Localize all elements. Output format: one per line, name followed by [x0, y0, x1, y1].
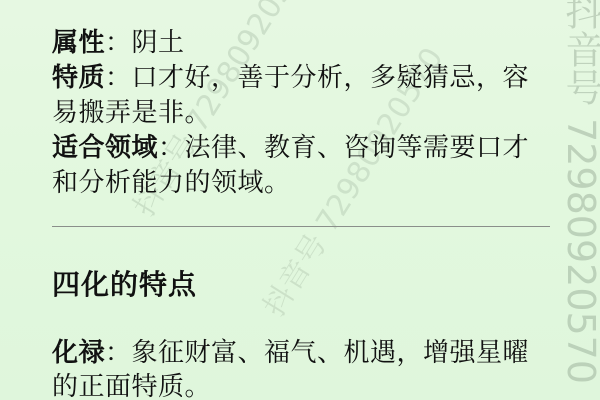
fields-row-cont: 和分析能力的领域。: [52, 168, 291, 198]
hualu-label: 化禄: [52, 338, 105, 368]
watermark-vertical: 抖音号 72980920570: [548, 0, 598, 384]
attribute-value: 阴土: [132, 28, 185, 58]
separator: ：: [105, 63, 132, 93]
fields-label: 适合领域: [52, 133, 158, 163]
fields-row: 适合领域：法律、教育、咨询等需要口才: [52, 133, 529, 163]
attribute-row: 属性：阴土: [52, 28, 185, 58]
traits-value: 口才好，善于分析，多疑猜忌，容: [132, 63, 530, 93]
hualu-value: 象征财富、福气、机遇，增强星曜: [132, 338, 530, 368]
section-heading: 四化的特点: [52, 268, 197, 302]
traits-value-cont: 易搬弄是非。: [52, 98, 211, 128]
fields-value: 法律、教育、咨询等需要口才: [185, 133, 530, 163]
separator: ：: [105, 338, 132, 368]
traits-row-cont: 易搬弄是非。: [52, 98, 211, 128]
attribute-label: 属性: [52, 28, 105, 58]
list-item-hualu-cont: 的正面特质。: [52, 372, 211, 400]
traits-label: 特质: [52, 63, 105, 93]
fields-value-cont: 和分析能力的领域。: [52, 168, 291, 198]
list-item-hualu: 化禄：象征财富、福气、机遇，增强星曜: [52, 338, 529, 368]
hualu-value-cont: 的正面特质。: [52, 372, 211, 400]
separator: ：: [158, 133, 185, 163]
section-divider: [52, 226, 550, 227]
separator: ：: [105, 28, 132, 58]
traits-row: 特质：口才好，善于分析，多疑猜忌，容: [52, 63, 529, 93]
